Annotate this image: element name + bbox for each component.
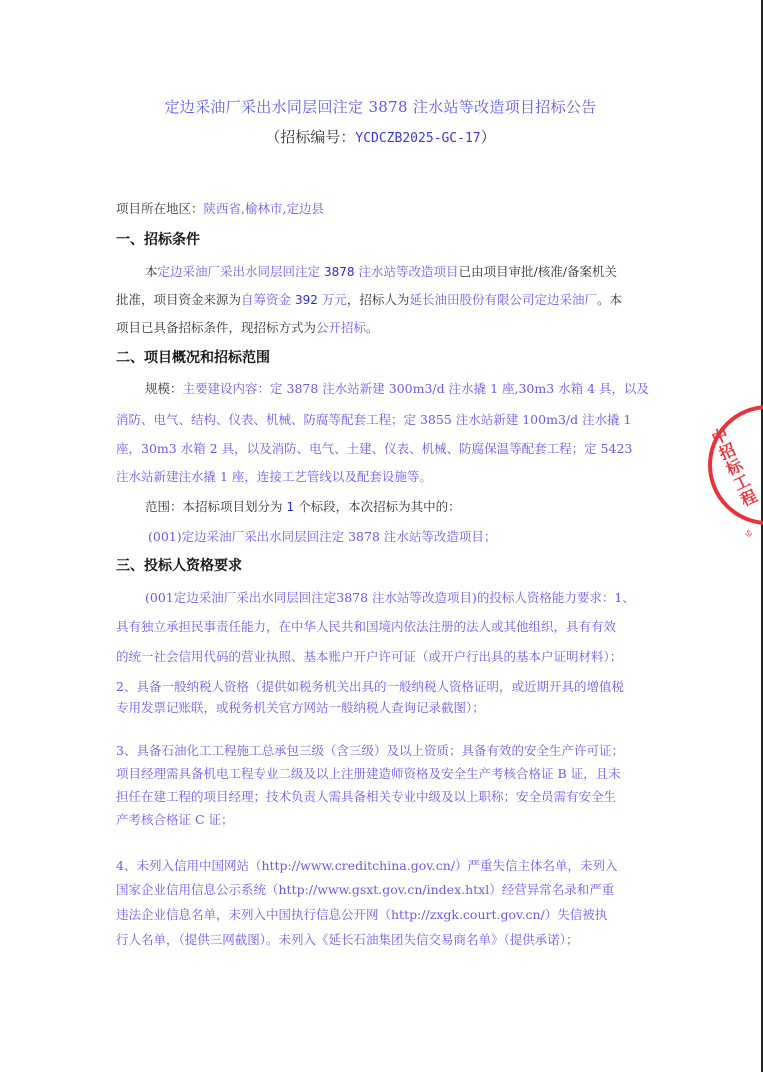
requirement-line: (001定边采油厂采出水同层回注定3878 注水站等改造项目)的投标人资格能力要… (145, 588, 635, 606)
tenderer-name: 延长油田股份有限公司定边采油厂 (409, 292, 597, 307)
text: 个标段，本次招标为其中的： (298, 499, 461, 514)
scale-text: 主要建设内容：定 3878 注水站新建 300m3/d 注水撬 1 座,30m3… (183, 381, 650, 396)
requirement-line: 产考核合格证 C 证； (116, 810, 234, 828)
requirement-line: 具有独立承担民事责任能力，在中华人民共和国境内依法注册的法人或其他组织，具有有效 (116, 617, 616, 635)
requirement-line: 3、具备石油化工工程施工总承包三级（含三级）及以上资质；具备有效的安全生产许可证… (116, 741, 624, 759)
paragraph-line: 批准，项目资金来源为自筹资金 392 万元，招标人为延长油田股份有限公司定边采油… (116, 290, 622, 308)
seal-small-text: SI (743, 529, 753, 539)
tender-number-prefix: （招标编号： (265, 128, 355, 146)
scale-line: 座，30m3 水箱 2 具，以及消防、电气、土建、仪表、机械、防腐保温等配套工程… (116, 439, 632, 457)
requirement-line: 专用发票记账联，或税务机关官方网站一般纳税人查询记录截图）； (116, 698, 485, 716)
scale-label: 规模： (145, 381, 183, 396)
requirement-line: 违法企业信息名单，未列入中国执行信息公开网（http://zxgk.court.… (116, 905, 607, 923)
fund-unit: 万元 (322, 292, 347, 307)
document-page: 定边采油厂采出水同层回注定 3878 注水站等改造项目招标公告 （招标编号：YC… (0, 0, 763, 1072)
range-line: 范围：本招标项目划分为 1 个标段，本次招标为其中的： (145, 497, 461, 515)
station-number: 3878 (324, 265, 355, 279)
text: 批准，项目资金来源为 (116, 292, 241, 307)
fund-source: 自筹资金 (241, 292, 291, 307)
lot-count: 1 (287, 500, 295, 514)
text: ，招标人为 (347, 292, 410, 307)
document-title: 定边采油厂采出水同层回注定 3878 注水站等改造项目招标公告 (0, 96, 761, 117)
project-name-suffix: 注水站等改造项目 (359, 264, 459, 279)
requirement-line: 行人名单，（提供三网截图）。未列入《延长石油集团失信交易商名单》（提供承诺）； (116, 930, 579, 948)
requirement-line: 国家企业信用信息公示系统（http://www.gsxt.gov.cn/inde… (116, 880, 614, 898)
requirement-line: 2、具备一般纳税人资格（提供如税务机关出具的一般纳税人资格证明，或近期开具的增值… (116, 677, 624, 695)
tender-code: YCDCZB2025-GC-17 (355, 131, 480, 146)
text: 范围：本招标项目划分为 (145, 499, 283, 514)
section-heading-tender-conditions: 一、招标条件 (116, 229, 200, 249)
requirement-line: 4、未列入信用中国网站（http://www.creditchina.gov.c… (116, 856, 618, 874)
requirement-line: 项目经理需具备机电工程专业二级及以上注册建造师资格及安全生产考核合格证 B 证，… (116, 764, 621, 782)
lot-item: (001)定边采油厂采出水同层回注定 3878 注水站等改造项目； (148, 527, 496, 545)
paragraph-line: 本定边采油厂采出水同层回注定 3878 注水站等改造项目已由项目审批/核准/备案… (145, 262, 617, 280)
text: 项目已具备招标条件，现招标方式为 (116, 320, 316, 335)
region-label: 项目所在地区： (116, 201, 204, 216)
text: 本 (145, 264, 158, 279)
region-value: 陕西省,榆林市,定边县 (204, 201, 324, 216)
tender-number-suffix: ） (481, 128, 496, 146)
text: 。本 (597, 292, 622, 307)
paragraph-line: 项目已具备招标条件，现招标方式为公开招标。 (116, 318, 379, 336)
scale-line: 注水站新建注水撬 1 座，连接工艺管线以及配套设施等。 (116, 467, 432, 485)
section-heading-project-overview: 二、项目概况和招标范围 (116, 347, 270, 367)
text: 已由项目审批/核准/备案机关 (459, 264, 617, 279)
scale-line: 消防、电气、结构、仪表、机械、防腐等配套工程；定 3855 注水站新建 100m… (116, 410, 632, 428)
requirement-line: 的统一社会信用代码的营业执照、基本账户开户许可证（或开户行出具的基本户证明材料）… (116, 647, 622, 665)
scale-line: 规模：主要建设内容：定 3878 注水站新建 300m3/d 注水撬 1 座,3… (145, 379, 649, 397)
tender-number: （招标编号：YCDCZB2025-GC-17） (0, 126, 761, 147)
project-region: 项目所在地区：陕西省,榆林市,定边县 (116, 199, 324, 217)
fund-amount: 392 (295, 293, 318, 307)
project-name: 定边采油厂采出水同层回注定 (158, 264, 321, 279)
section-heading-bidder-qualifications: 三、投标人资格要求 (116, 555, 242, 575)
text: 。 (366, 320, 379, 335)
tender-method: 公开招标 (316, 320, 366, 335)
requirement-line: 担任在建工程的项目经理；技术负责人需具备相关专业中级及以上职称；安全员需有安全生 (116, 787, 616, 805)
